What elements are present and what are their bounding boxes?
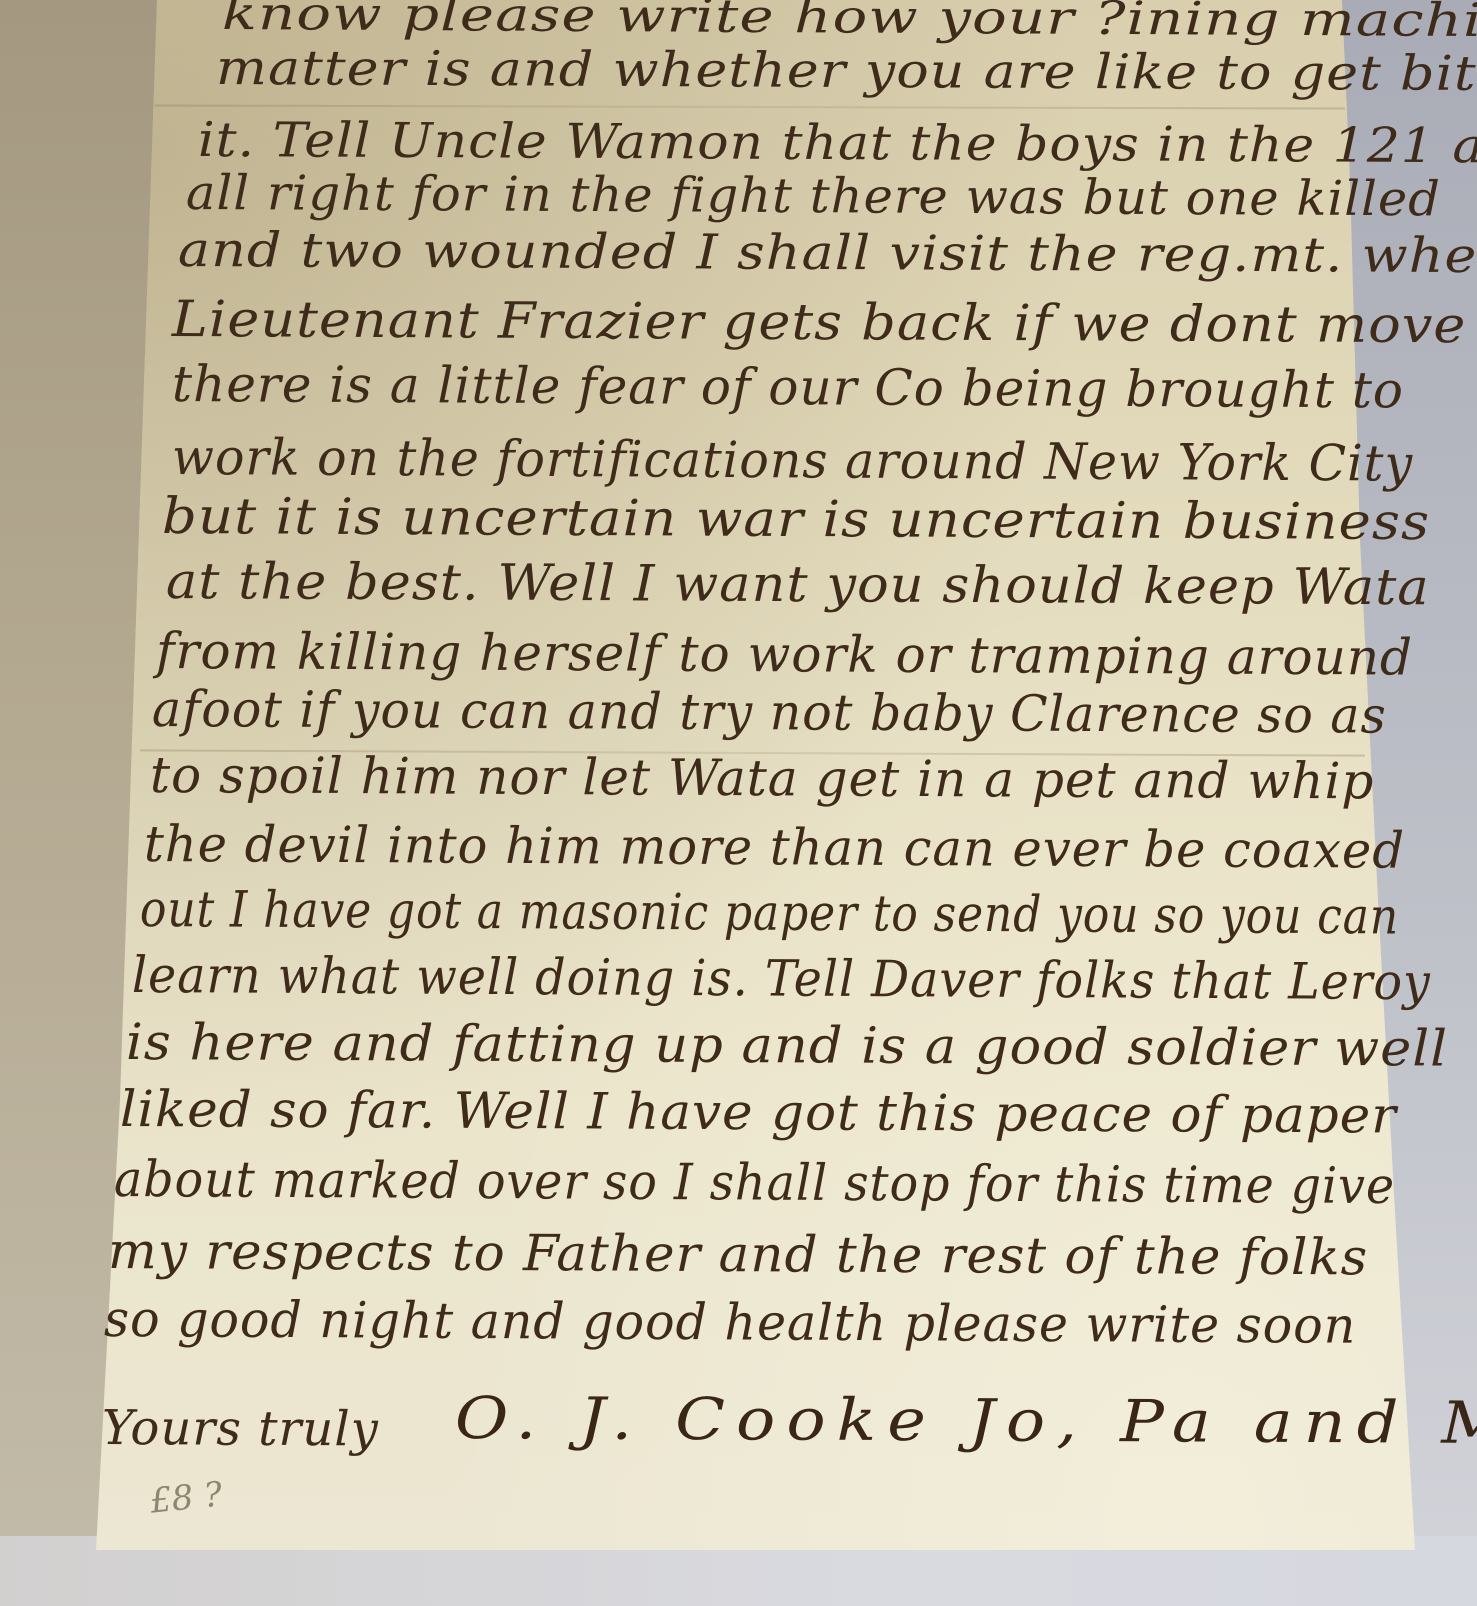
letter-line-17: liked so far. Well I have got this peace… <box>120 1080 1397 1144</box>
letter-line-16: is here and fatting up and is a good sol… <box>126 1013 1448 1078</box>
letter-line-13: the devil into him more than can ever be… <box>144 815 1405 880</box>
letter-line-19: my respects to Father and the rest of th… <box>108 1222 1369 1286</box>
letter-line-14: out I have got a masonic paper to send y… <box>140 880 1399 945</box>
letter-body: know please write how your ?ining machin… <box>0 0 1477 1606</box>
letter-line-1: matter is and whether you are like to ge… <box>216 40 1477 102</box>
letter-line-4: and two wounded I shall visit the reg.mt… <box>178 222 1477 284</box>
letter-line-15: learn what well doing is. Tell Daver fol… <box>132 946 1431 1011</box>
letter-line-5: Lieutenant Frazier gets back if we dont … <box>172 290 1467 354</box>
letter-line-10: from killing herself to work or tramping… <box>156 622 1413 687</box>
letter-closing: Yours truly <box>102 1400 379 1457</box>
letter-line-8: but it is uncertain war is uncertain bus… <box>162 487 1430 551</box>
letter-line-20: so good night and good health please wri… <box>104 1290 1357 1355</box>
letter-line-11: afoot if you can and try not baby Claren… <box>152 680 1387 745</box>
letter-line-6: there is a little fear of our Co being b… <box>172 355 1404 419</box>
letter-line-9: at the best. Well I want you should keep… <box>166 552 1430 616</box>
letter-line-18: about marked over so I shall stop for th… <box>114 1150 1395 1215</box>
letter-line-12: to spoil him nor let Wata get in a pet a… <box>150 746 1375 810</box>
pencil-annotation: £8 ? <box>148 1474 224 1521</box>
letter-line-7: work on the fortifications around New Yo… <box>172 428 1413 493</box>
letter-signature: O. J. Cooke Jo, Pa and Ma <box>455 1384 1477 1457</box>
letter-line-3: all right for in the fight there was but… <box>186 165 1441 227</box>
